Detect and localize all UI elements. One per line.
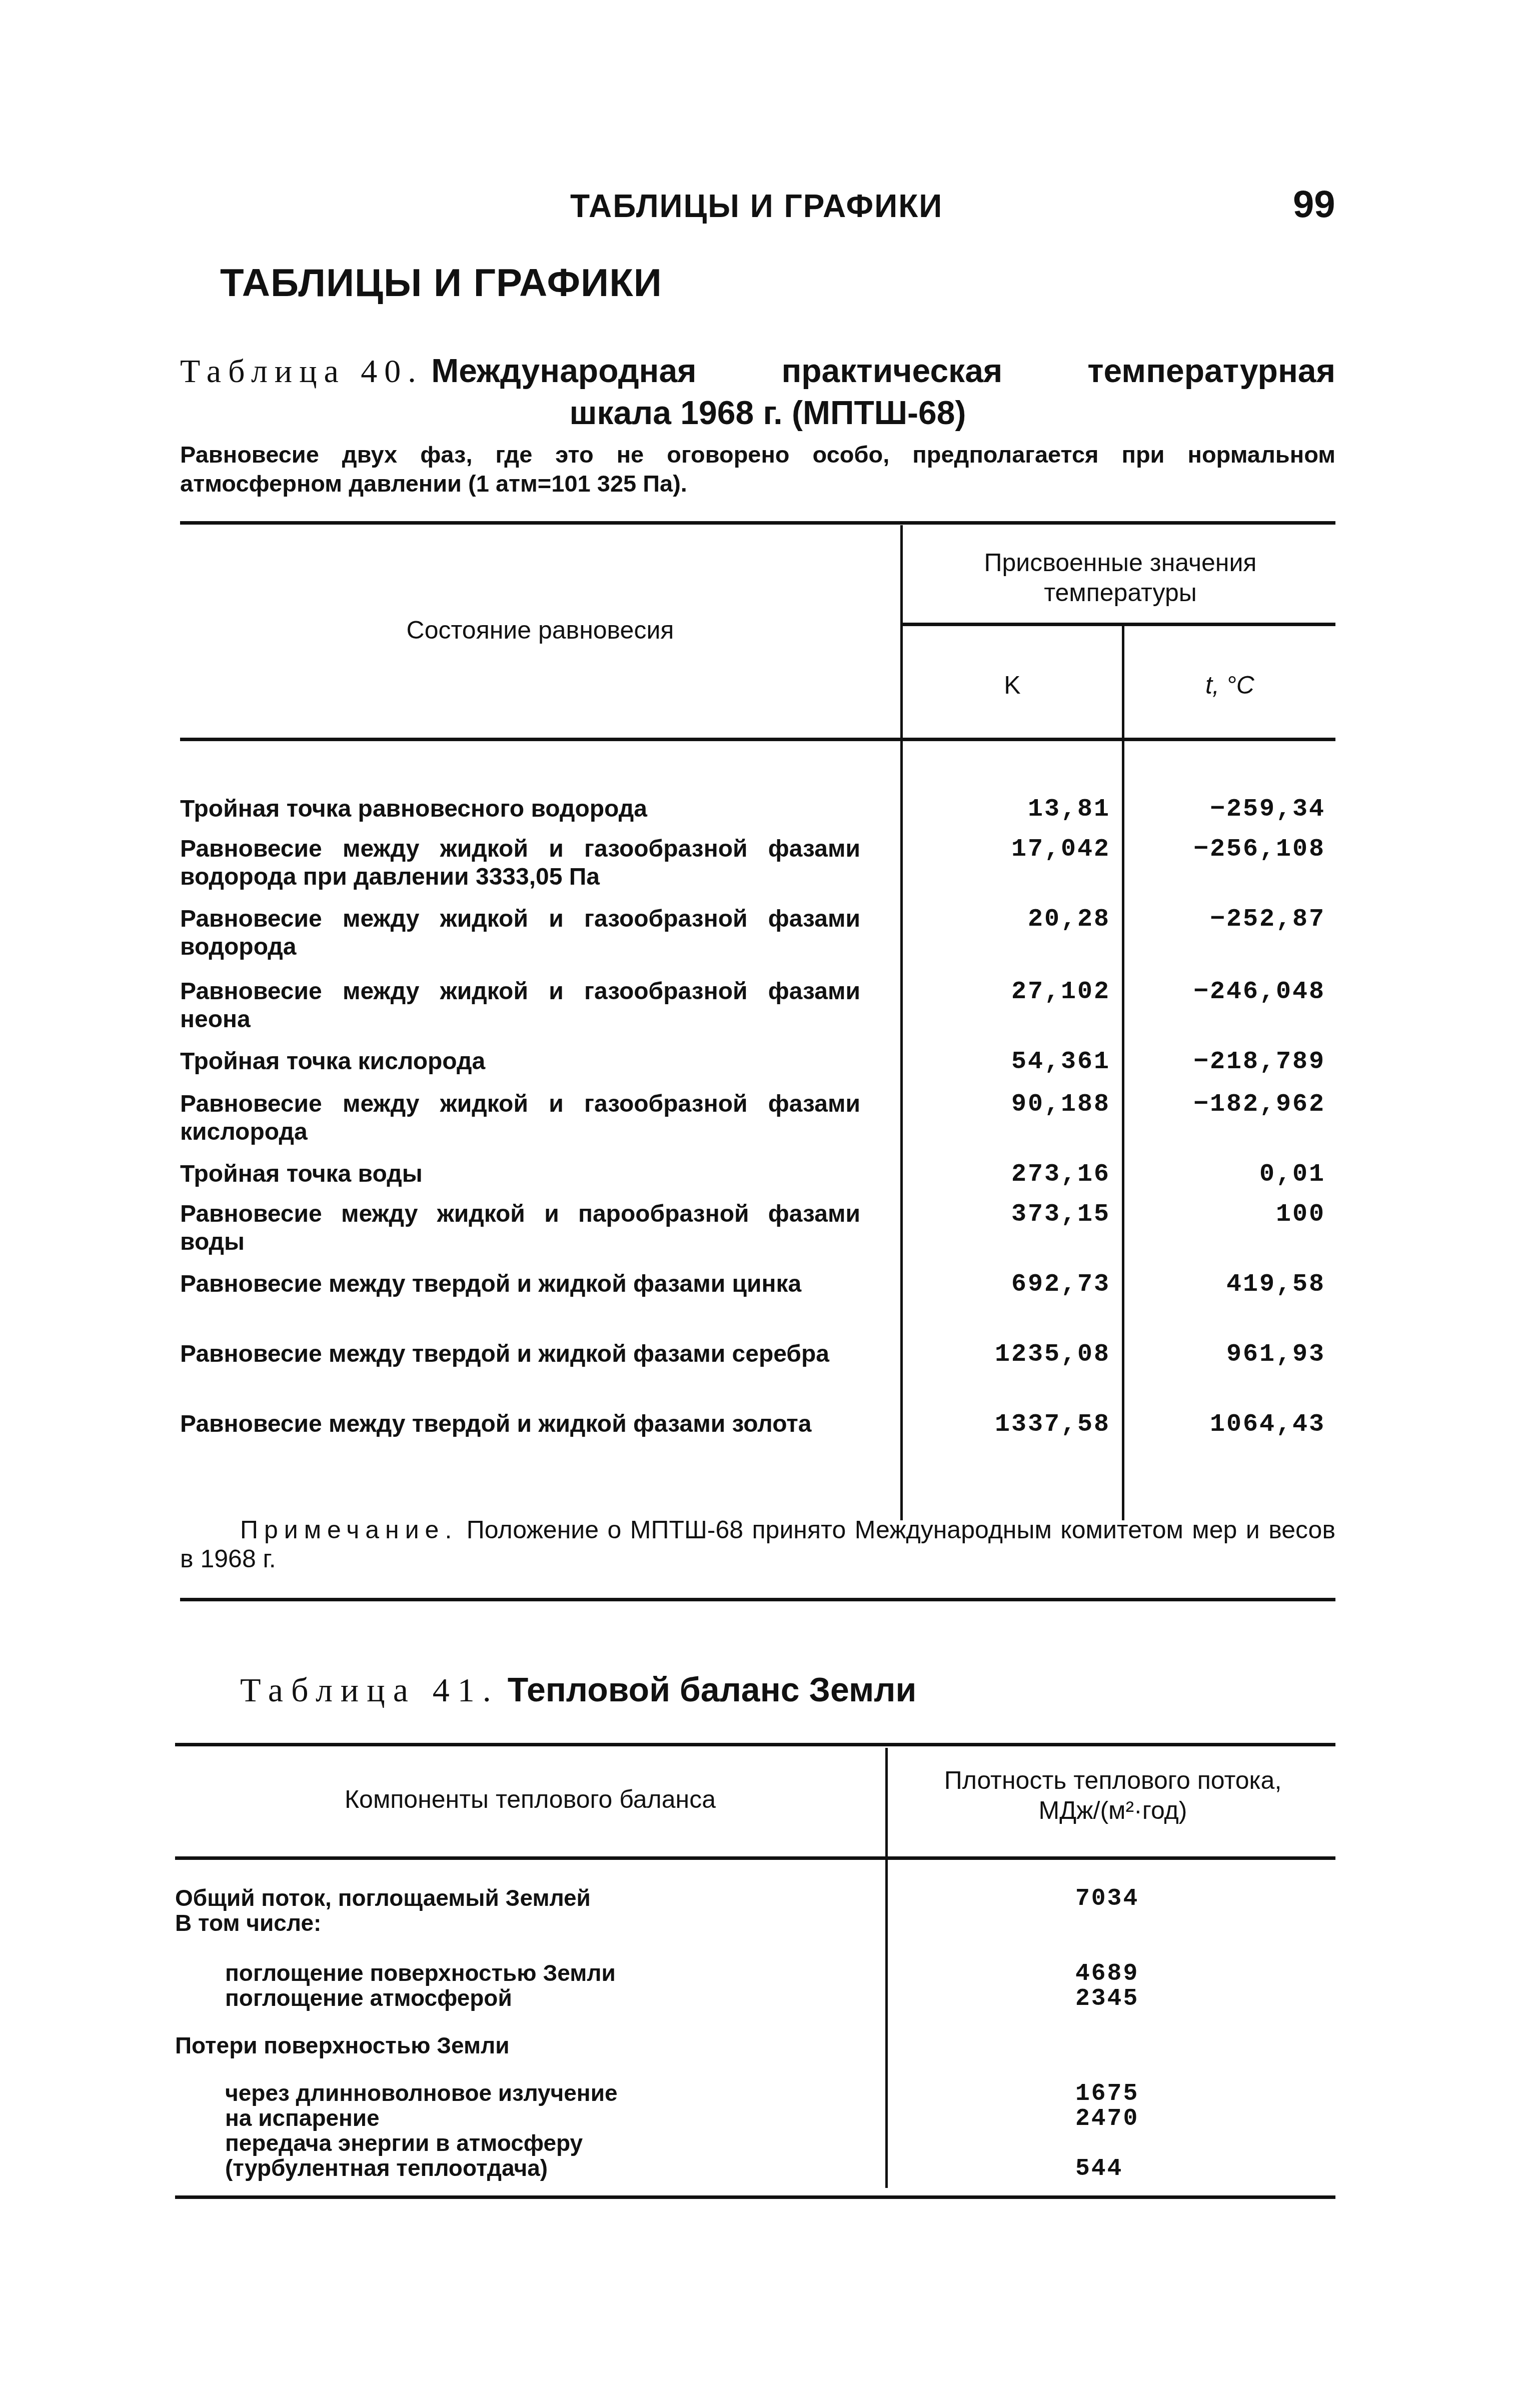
state-cell: Равновесие между твердой и жидкой фазами… <box>180 1270 860 1298</box>
state-cell: Равновесие между твердой и жидкой фазами… <box>180 1410 860 1438</box>
state-cell: Тройная точка равновесного водорода <box>180 795 860 823</box>
celsius-cell: −252,87 <box>1130 905 1325 934</box>
balance-component: поглощение поверхностью Земли <box>225 1960 616 1985</box>
celsius-cell: 0,01 <box>1130 1160 1325 1189</box>
balance-value: 544 <box>1075 2155 1123 2182</box>
celsius-cell: −246,048 <box>1130 978 1325 1006</box>
table40-title-line2: шкала 1968 г. (МПТШ-68) <box>180 392 1335 433</box>
table41-header-bottom-rule <box>175 1856 1335 1860</box>
section-title: ТАБЛИЦЫ И ГРАФИКИ <box>220 260 662 306</box>
balance-value: 2345 <box>1075 1985 1139 2012</box>
balance-value: 7034 <box>1075 1885 1139 1912</box>
balance-component: Общий поток, поглощаемый Землей <box>175 1885 591 1910</box>
state-cell: Равновесие между твердой и жидкой фазами… <box>180 1340 860 1368</box>
running-header: ТАБЛИЦЫ И ГРАФИКИ <box>570 188 943 225</box>
celsius-cell: −256,108 <box>1130 835 1325 864</box>
page-number: 99 <box>1293 183 1335 226</box>
table41-caption: Таблица 41. Тепловой баланс Земли <box>240 1670 916 1710</box>
state-cell: Равновесие между жидкой и газообразной ф… <box>180 905 860 961</box>
state-cell: Тройная точка кислорода <box>180 1048 860 1076</box>
table40-label: Таблица 40. <box>180 353 423 390</box>
balance-component: через длинноволновое излучение <box>225 2080 618 2105</box>
celsius-cell: 100 <box>1130 1200 1325 1229</box>
balance-value: 4689 <box>1075 1960 1139 1987</box>
kelvin-cell: 54,361 <box>920 1048 1110 1076</box>
state-cell: Равновесие между жидкой и газообразной ф… <box>180 1090 860 1146</box>
table40-top-rule <box>180 521 1335 525</box>
header-state: Состояние равновесия <box>180 615 900 645</box>
balance-component: на испарение <box>225 2105 380 2130</box>
balance-component: В том числе: <box>175 1910 321 1935</box>
balance-component: (турбулентная теплоотдача) <box>225 2155 548 2180</box>
table41-top-rule <box>175 1743 1335 1746</box>
celsius-cell: 1064,43 <box>1130 1410 1325 1439</box>
table40-caption: Таблица 40. Международная практическая т… <box>180 350 1335 433</box>
table41-bottom-rule <box>175 2195 1335 2199</box>
header-components: Компоненты теплового баланса <box>175 1784 885 1814</box>
section-separator <box>180 1598 1335 1601</box>
table40-title-word2: практическая <box>781 350 1002 392</box>
state-cell: Равновесие между жидкой и газообразной ф… <box>180 835 860 891</box>
balance-component: поглощение атмосферой <box>225 1985 512 2010</box>
celsius-cell: −218,789 <box>1130 1048 1325 1076</box>
state-cell: Равновесие между жидкой и газообразной ф… <box>180 978 860 1034</box>
kelvin-cell: 273,16 <box>920 1160 1110 1189</box>
table40-divider-inner <box>1122 625 1124 1520</box>
kelvin-cell: 13,81 <box>920 795 1110 824</box>
kelvin-cell: 17,042 <box>920 835 1110 864</box>
table40-header-bottom-rule <box>180 738 1335 741</box>
celsius-cell: 419,58 <box>1130 1270 1325 1299</box>
kelvin-cell: 692,73 <box>920 1270 1110 1299</box>
celsius-cell: 961,93 <box>1130 1340 1325 1369</box>
kelvin-cell: 90,188 <box>920 1090 1110 1119</box>
kelvin-cell: 27,102 <box>920 978 1110 1006</box>
header-assigned: Присвоенные значения температуры <box>950 548 1290 608</box>
balance-component: передача энергии в атмосферу <box>225 2130 583 2155</box>
state-cell: Равновесие между жидкой и парообразной ф… <box>180 1200 860 1256</box>
header-density-line2: МДж/(м²·год) <box>888 1795 1338 1825</box>
kelvin-cell: 373,15 <box>920 1200 1110 1229</box>
note-label: Примечание. <box>240 1516 458 1544</box>
table41-title: Тепловой баланс Земли <box>508 1671 916 1709</box>
balance-component: Потери поверхностью Земли <box>175 2033 510 2058</box>
table40-note: Примечание. Положение о МПТШ-68 принято … <box>180 1515 1335 1573</box>
kelvin-cell: 1337,58 <box>920 1410 1110 1439</box>
header-kelvin: K <box>903 670 1122 700</box>
header-density-line1: Плотность теплового потока, <box>888 1765 1338 1795</box>
table40-intro: Равновесие двух фаз, где это не оговорен… <box>180 440 1335 498</box>
kelvin-cell: 1235,08 <box>920 1340 1110 1369</box>
table40-title-word1: Международная <box>431 352 696 389</box>
table40-title-word3: температурная <box>1087 350 1335 392</box>
state-cell: Тройная точка воды <box>180 1160 860 1188</box>
celsius-cell: −182,962 <box>1130 1090 1325 1119</box>
celsius-cell: −259,34 <box>1130 795 1325 824</box>
balance-value: 2470 <box>1075 2105 1139 2132</box>
table41-label: Таблица 41. <box>240 1671 499 1709</box>
table40-header-subrule <box>900 623 1335 626</box>
balance-value: 1675 <box>1075 2080 1139 2107</box>
kelvin-cell: 20,28 <box>920 905 1110 934</box>
header-celsius: t, °C <box>1124 670 1335 700</box>
